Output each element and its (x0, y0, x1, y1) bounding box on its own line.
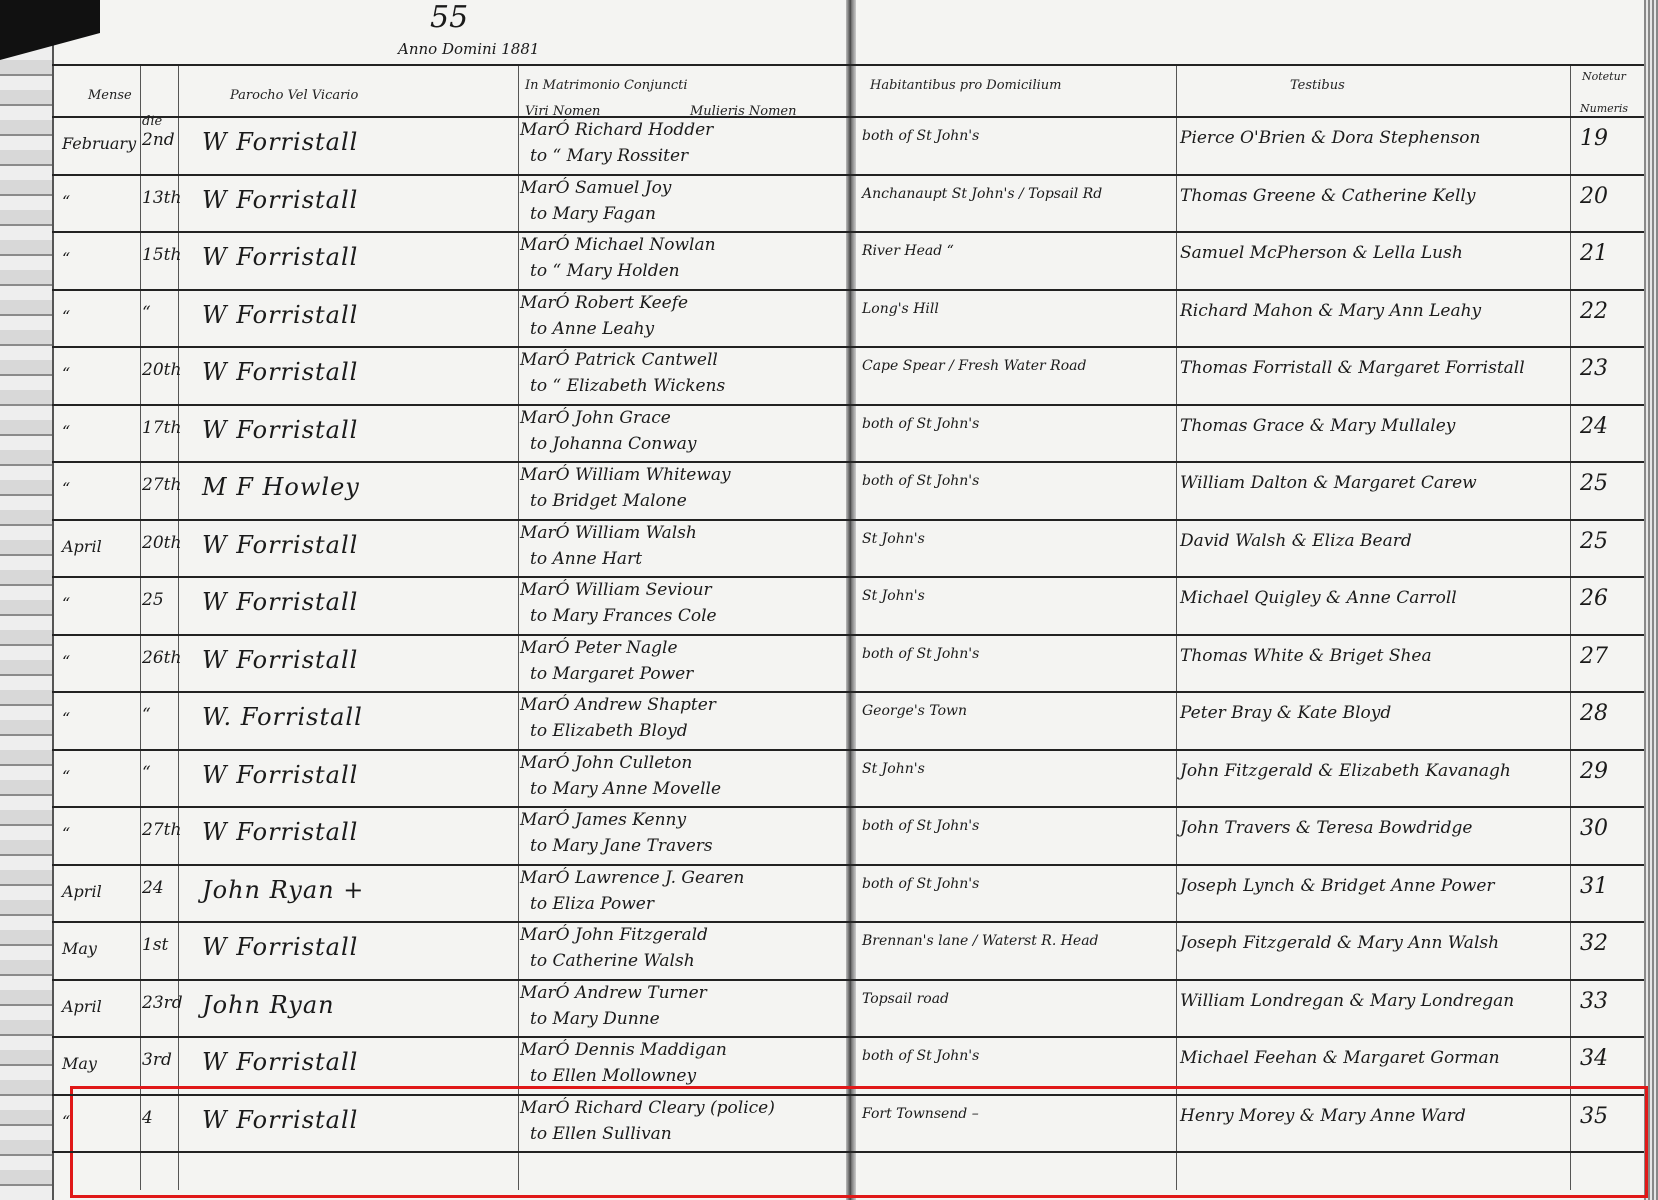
entry-month: “ (62, 479, 70, 498)
entry-wife: to Anne Hart (530, 549, 642, 569)
entry-month: May (62, 939, 97, 958)
entry-husband: MarÓ John Fitzgerald (520, 925, 708, 945)
entry-residence: both of St John's (862, 473, 979, 489)
entry-priest: W Forristall (202, 128, 358, 156)
entry-day: 23rd (142, 993, 183, 1013)
entry-number: 26 (1580, 586, 1608, 611)
row-rule (52, 64, 1644, 66)
header-residence: Habitantibus pro Domicilium (870, 78, 1061, 93)
entry-month: April (62, 882, 102, 901)
entry-day: 27th (142, 820, 181, 840)
table-row: May1stW ForristallMarÓ John Fitzgeraldto… (52, 921, 1644, 979)
entry-priest: W Forristall (202, 243, 358, 271)
table-row: April24John Ryan +MarÓ Lawrence J. Geare… (52, 864, 1644, 922)
entry-residence: both of St John's (862, 416, 979, 432)
entry-residence: both of St John's (862, 1048, 979, 1064)
entry-witnesses: Joseph Lynch & Bridget Anne Power (1180, 876, 1495, 896)
entry-priest: W Forristall (202, 531, 358, 559)
entry-priest: W Forristall (202, 933, 358, 961)
entry-wife: to Margaret Power (530, 664, 693, 684)
entry-day: “ (142, 705, 151, 725)
entry-month: “ (62, 364, 70, 383)
entry-witnesses: Henry Morey & Mary Anne Ward (1180, 1106, 1466, 1126)
year-header: Anno Domini 1881 (398, 40, 539, 58)
table-row: “25W ForristallMarÓ William Seviourto Ma… (52, 576, 1644, 634)
book-spine-left (0, 0, 54, 1200)
table-row: ““W. ForristallMarÓ Andrew Shapterto Eli… (52, 691, 1644, 749)
entry-number: 25 (1580, 529, 1608, 554)
entry-witnesses: Michael Feehan & Margaret Gorman (1180, 1048, 1500, 1068)
entry-day: 3rd (142, 1050, 172, 1070)
row-rule (52, 461, 1644, 463)
entry-priest: W Forristall (202, 358, 358, 386)
row-rule (52, 519, 1644, 521)
entry-day: 4 (142, 1108, 153, 1128)
entry-number: 35 (1580, 1104, 1608, 1129)
row-rule (52, 576, 1644, 578)
entry-day: 20th (142, 360, 181, 380)
entry-husband: MarÓ Dennis Maddigan (520, 1040, 727, 1060)
table-row: “17thW ForristallMarÓ John Graceto Johan… (52, 404, 1644, 462)
entry-wife: to Ellen Mollowney (530, 1066, 696, 1086)
entry-number: 33 (1580, 989, 1608, 1014)
entry-residence: Brennan's lane / Waterst R. Head (862, 933, 1099, 949)
entry-priest: W Forristall (202, 1048, 358, 1076)
entry-husband: MarÓ Andrew Shapter (520, 695, 716, 715)
entry-wife: to Mary Jane Travers (530, 836, 713, 856)
row-rule (52, 921, 1644, 923)
row-rule (52, 231, 1644, 233)
table-row: ““W ForristallMarÓ Robert Keefeto Anne L… (52, 289, 1644, 347)
entry-husband: MarÓ William Walsh (520, 523, 697, 543)
table-row: February2ndW ForristallMarÓ Richard Hodd… (52, 116, 1644, 174)
entry-day: 27th (142, 475, 181, 495)
entry-number: 30 (1580, 816, 1608, 841)
entry-residence: Long's Hill (862, 301, 939, 317)
header-priest: Parocho Vel Vicario (230, 88, 358, 103)
entry-day: 24 (142, 878, 164, 898)
entry-month: “ (62, 767, 70, 786)
register-page: 55 Anno Domini 1881 Mense die Parocho Ve… (0, 0, 1658, 1200)
entry-residence: River Head “ (862, 243, 954, 259)
row-rule (52, 749, 1644, 751)
table-row: April20thW ForristallMarÓ William Walsht… (52, 519, 1644, 577)
table-row: “27thM F HowleyMarÓ William Whitewayto B… (52, 461, 1644, 519)
entry-husband: MarÓ Andrew Turner (520, 983, 707, 1003)
entry-day: 13th (142, 188, 181, 208)
entry-month: “ (62, 1112, 70, 1131)
entry-wife: to Ellen Sullivan (530, 1124, 672, 1144)
entry-wife: to Johanna Conway (530, 434, 697, 454)
row-rule (52, 691, 1644, 693)
entry-wife: to “ Mary Rossiter (530, 146, 688, 166)
entry-day: “ (142, 763, 151, 783)
table-row: April23rdJohn RyanMarÓ Andrew Turnerto M… (52, 979, 1644, 1037)
row-rule (52, 174, 1644, 176)
entry-number: 27 (1580, 644, 1608, 669)
entry-priest: W Forristall (202, 301, 358, 329)
entry-month: “ (62, 652, 70, 671)
entry-husband: MarÓ Peter Nagle (520, 638, 678, 658)
entry-husband: MarÓ Samuel Joy (520, 178, 671, 198)
entry-number: 28 (1580, 701, 1608, 726)
entry-witnesses: Joseph Fitzgerald & Mary Ann Walsh (1180, 933, 1499, 953)
entry-priest: John Ryan + (202, 876, 364, 904)
row-rule (52, 806, 1644, 808)
entry-priest: W Forristall (202, 186, 358, 214)
entry-residence: St John's (862, 588, 925, 604)
header-number-top: Notetur (1582, 70, 1626, 83)
entry-wife: to Mary Fagan (530, 204, 656, 224)
entry-month: April (62, 997, 102, 1016)
row-rule (52, 864, 1644, 866)
entry-wife: to Mary Anne Movelle (530, 779, 721, 799)
entry-witnesses: Peter Bray & Kate Bloyd (1180, 703, 1391, 723)
entry-number: 24 (1580, 414, 1608, 439)
entry-number: 31 (1580, 874, 1608, 899)
entry-husband: MarÓ Michael Nowlan (520, 235, 716, 255)
row-rule (52, 289, 1644, 291)
entry-wife: to “ Elizabeth Wickens (530, 376, 725, 396)
entry-priest: W Forristall (202, 761, 358, 789)
entry-witnesses: Richard Mahon & Mary Ann Leahy (1180, 301, 1481, 321)
entry-witnesses: John Fitzgerald & Elizabeth Kavanagh (1180, 761, 1511, 781)
entry-wife: to Anne Leahy (530, 319, 654, 339)
table-row: “4W ForristallMarÓ Richard Cleary (polic… (52, 1094, 1644, 1152)
entry-wife: to Mary Frances Cole (530, 606, 717, 626)
entry-month: April (62, 537, 102, 556)
entry-number: 25 (1580, 471, 1608, 496)
entry-month: “ (62, 594, 70, 613)
entry-witnesses: John Travers & Teresa Bowdridge (1180, 818, 1473, 838)
entry-priest: W Forristall (202, 646, 358, 674)
entry-witnesses: David Walsh & Eliza Beard (1180, 531, 1412, 551)
entry-witnesses: William Londregan & Mary Londregan (1180, 991, 1514, 1011)
row-rule (52, 404, 1644, 406)
entry-month: “ (62, 422, 70, 441)
entry-husband: MarÓ Robert Keefe (520, 293, 688, 313)
entry-wife: to Elizabeth Bloyd (530, 721, 688, 741)
entry-month: “ (62, 824, 70, 843)
entry-witnesses: Thomas Forristall & Margaret Forristall (1180, 358, 1525, 378)
entry-month: “ (62, 709, 70, 728)
table-row: “15thW ForristallMarÓ Michael Nowlanto “… (52, 231, 1644, 289)
entry-day: 15th (142, 245, 181, 265)
entry-month: May (62, 1054, 97, 1073)
entry-residence: St John's (862, 761, 925, 777)
table-row: May3rdW ForristallMarÓ Dennis Maddiganto… (52, 1036, 1644, 1094)
table-row: “26thW ForristallMarÓ Peter Nagleto Marg… (52, 634, 1644, 692)
entry-month: February (62, 134, 136, 153)
entry-witnesses: William Dalton & Margaret Carew (1180, 473, 1477, 493)
entry-witnesses: Pierce O'Brien & Dora Stephenson (1180, 128, 1480, 148)
entry-priest: M F Howley (202, 473, 360, 501)
entry-priest: W Forristall (202, 416, 358, 444)
row-rule (52, 979, 1644, 981)
entry-day: 20th (142, 533, 181, 553)
entry-priest: W Forristall (202, 818, 358, 846)
entry-day: 25 (142, 590, 164, 610)
entry-witnesses: Thomas Greene & Catherine Kelly (1180, 186, 1475, 206)
entry-residence: both of St John's (862, 818, 979, 834)
entry-month: “ (62, 192, 70, 211)
table-row: “27thW ForristallMarÓ James Kennyto Mary… (52, 806, 1644, 864)
entry-priest: John Ryan (202, 991, 335, 1019)
entry-residence: both of St John's (862, 876, 979, 892)
entry-residence: George's Town (862, 703, 967, 719)
entry-husband: MarÓ Patrick Cantwell (520, 350, 718, 370)
entry-residence: Topsail road (862, 991, 949, 1007)
entry-witnesses: Thomas Grace & Mary Mullaley (1180, 416, 1455, 436)
row-rule (52, 346, 1644, 348)
entry-husband: MarÓ Richard Cleary (police) (520, 1098, 775, 1118)
entry-wife: to “ Mary Holden (530, 261, 680, 281)
table-row: ““W ForristallMarÓ John Culletonto Mary … (52, 749, 1644, 807)
header-number-bottom: Numeris (1580, 102, 1628, 115)
header-witnesses: Testibus (1290, 78, 1345, 93)
entry-residence: Cape Spear / Fresh Water Road (862, 358, 1086, 374)
entry-month: “ (62, 249, 70, 268)
header-marriage: In Matrimonio Conjuncti (525, 78, 688, 93)
row-rule (52, 1094, 1644, 1096)
entry-number: 21 (1580, 241, 1608, 266)
entry-wife: to Bridget Malone (530, 491, 687, 511)
entry-number: 32 (1580, 931, 1608, 956)
table-row: “13thW ForristallMarÓ Samuel Joyto Mary … (52, 174, 1644, 232)
entry-priest: W. Forristall (202, 703, 363, 731)
entry-residence: both of St John's (862, 128, 979, 144)
entry-number: 29 (1580, 759, 1608, 784)
entry-day: 2nd (142, 130, 175, 150)
entry-day: “ (142, 303, 151, 323)
row-rule (52, 1151, 1644, 1153)
entry-witnesses: Michael Quigley & Anne Carroll (1180, 588, 1457, 608)
row-rule (52, 634, 1644, 636)
entry-residence: both of St John's (862, 646, 979, 662)
entry-wife: to Eliza Power (530, 894, 654, 914)
row-rule (52, 116, 1644, 118)
entry-witnesses: Samuel McPherson & Lella Lush (1180, 243, 1463, 263)
entry-residence: Anchanaupt St John's / Topsail Rd (862, 186, 1102, 202)
entry-priest: W Forristall (202, 1106, 358, 1134)
entry-number: 22 (1580, 299, 1608, 324)
table-row: “20thW ForristallMarÓ Patrick Cantwellto… (52, 346, 1644, 404)
entry-number: 19 (1580, 126, 1608, 151)
header-month: Mense (88, 88, 132, 103)
entry-residence: St John's (862, 531, 925, 547)
entry-wife: to Catherine Walsh (530, 951, 695, 971)
page-number: 55 (430, 0, 468, 35)
row-rule (52, 1036, 1644, 1038)
entry-husband: MarÓ John Culleton (520, 753, 692, 773)
entry-husband: MarÓ William Whiteway (520, 465, 731, 485)
entry-number: 34 (1580, 1046, 1608, 1071)
entry-witnesses: Thomas White & Briget Shea (1180, 646, 1432, 666)
entry-day: 1st (142, 935, 168, 955)
entry-husband: MarÓ Richard Hodder (520, 120, 713, 140)
entry-day: 17th (142, 418, 181, 438)
entry-wife: to Mary Dunne (530, 1009, 660, 1029)
entry-husband: MarÓ John Grace (520, 408, 671, 428)
entry-number: 20 (1580, 184, 1608, 209)
entry-husband: MarÓ James Kenny (520, 810, 686, 830)
entry-month: “ (62, 307, 70, 326)
entry-husband: MarÓ William Seviour (520, 580, 712, 600)
entry-husband: MarÓ Lawrence J. Gearen (520, 868, 744, 888)
entry-residence: Fort Townsend – (862, 1106, 979, 1122)
entry-number: 23 (1580, 356, 1608, 381)
page-edge-right (1644, 0, 1658, 1200)
entry-priest: W Forristall (202, 588, 358, 616)
entry-day: 26th (142, 648, 181, 668)
